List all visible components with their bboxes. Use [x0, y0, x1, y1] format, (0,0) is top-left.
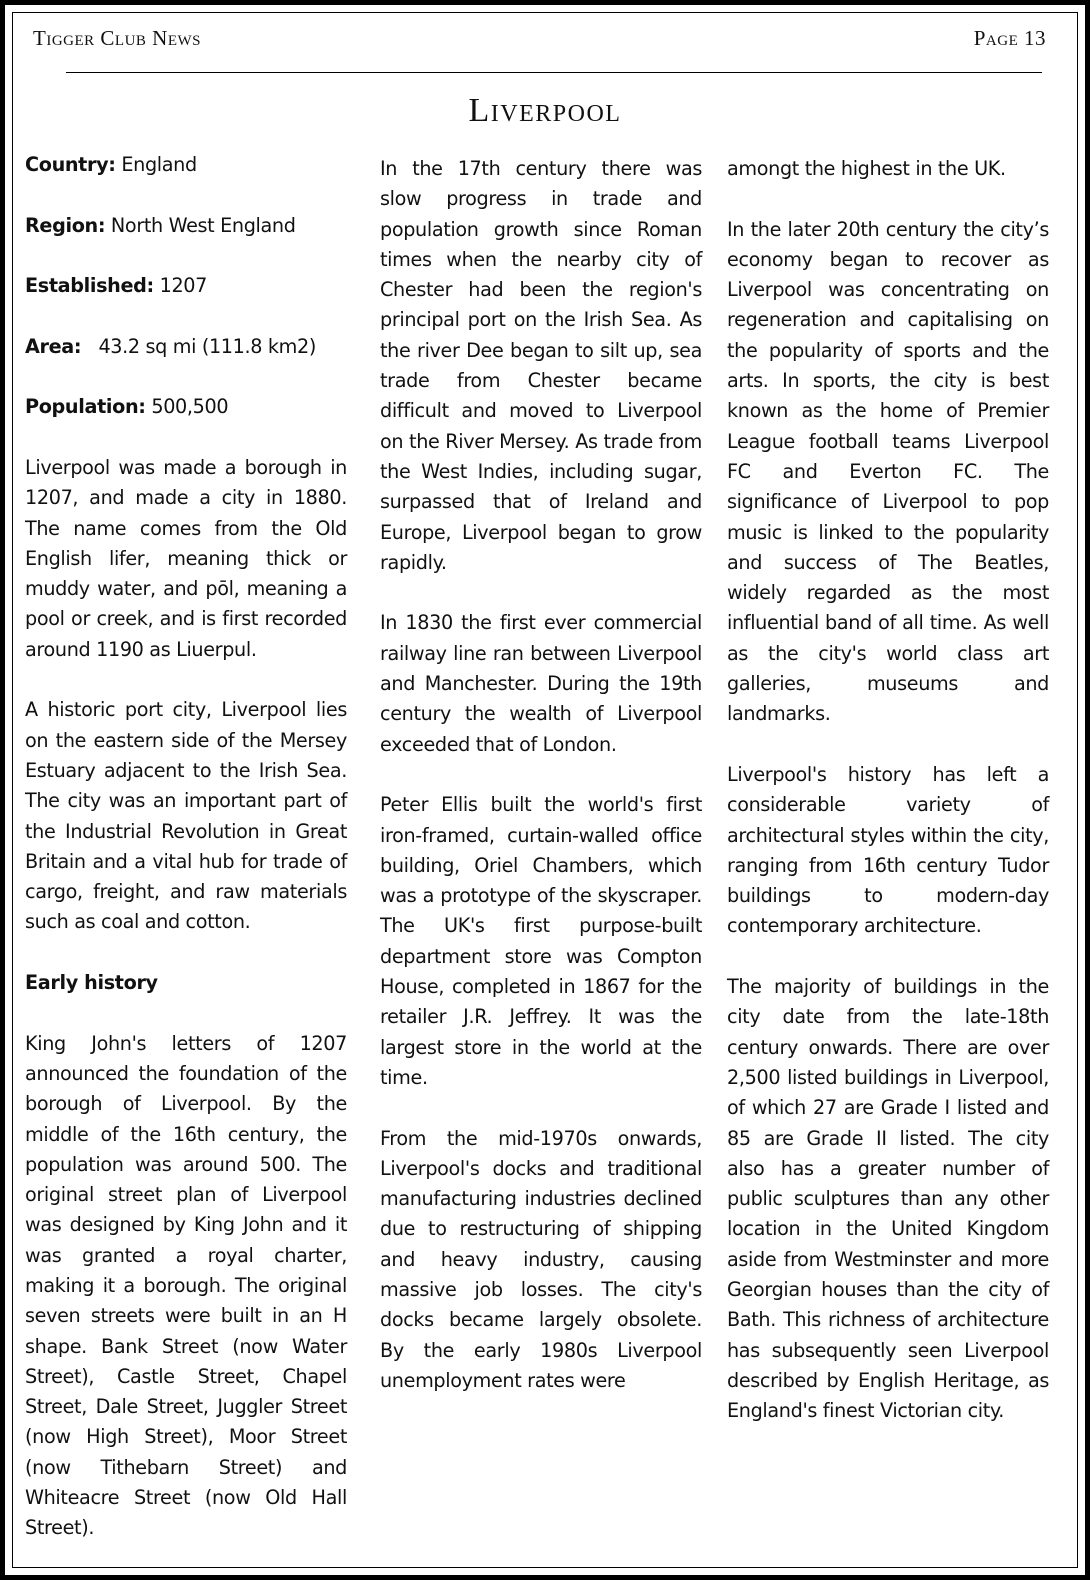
fact-value: North West England [105, 214, 295, 237]
fact-population: Population: 500,500 [25, 392, 347, 422]
publication-name: Tigger Club News [33, 26, 201, 51]
fact-value: 500,500 [146, 395, 229, 418]
fact-value: England [116, 153, 197, 176]
article-column-2: In the 17th century there was slow progr… [380, 154, 702, 1396]
fact-value: 43.2 sq mi (111.8 km2) [81, 335, 316, 358]
fact-area: Area: 43.2 sq mi (111.8 km2) [25, 332, 347, 362]
fact-country: Country: England [25, 150, 347, 180]
page-number: Page 13 [974, 26, 1046, 51]
fact-label: Area: [25, 335, 81, 358]
paragraph: In the later 20th century the city’s eco… [727, 215, 1049, 730]
paragraph: amongt the highest in the UK. [727, 154, 1049, 184]
fact-box: Country: England Region: North West Engl… [25, 150, 347, 423]
fact-established: Established: 1207 [25, 271, 347, 301]
fact-label: Population: [25, 395, 146, 418]
article-title: Liverpool [0, 92, 1090, 130]
paragraph: The majority of buildings in the city da… [727, 972, 1049, 1426]
header-rule [66, 72, 1042, 73]
paragraph: Liverpool's history has left a considera… [727, 760, 1049, 942]
fact-label: Established: [25, 274, 154, 297]
paragraph: From the mid-1970s onwards, Liverpool's … [380, 1124, 702, 1397]
newsletter-page: Tigger Club News Page 13 Liverpool Count… [0, 0, 1090, 1580]
paragraph: Liverpool was made a borough in 1207, an… [25, 453, 347, 665]
article-column-1: Country: England Region: North West Engl… [25, 150, 347, 1544]
section-heading-early-history: Early history [25, 968, 347, 998]
paragraph: King John's letters of 1207 announced th… [25, 1029, 347, 1544]
article-column-3: amongt the highest in the UK. In the lat… [727, 154, 1049, 1426]
fact-value: 1207 [154, 274, 207, 297]
fact-label: Region: [25, 214, 105, 237]
paragraph: Peter Ellis built the world's first iron… [380, 790, 702, 1093]
paragraph: In 1830 the first ever commercial railwa… [380, 608, 702, 759]
paragraph: A historic port city, Liverpool lies on … [25, 695, 347, 937]
fact-label: Country: [25, 153, 116, 176]
fact-region: Region: North West England [25, 211, 347, 241]
paragraph: In the 17th century there was slow progr… [380, 154, 702, 578]
